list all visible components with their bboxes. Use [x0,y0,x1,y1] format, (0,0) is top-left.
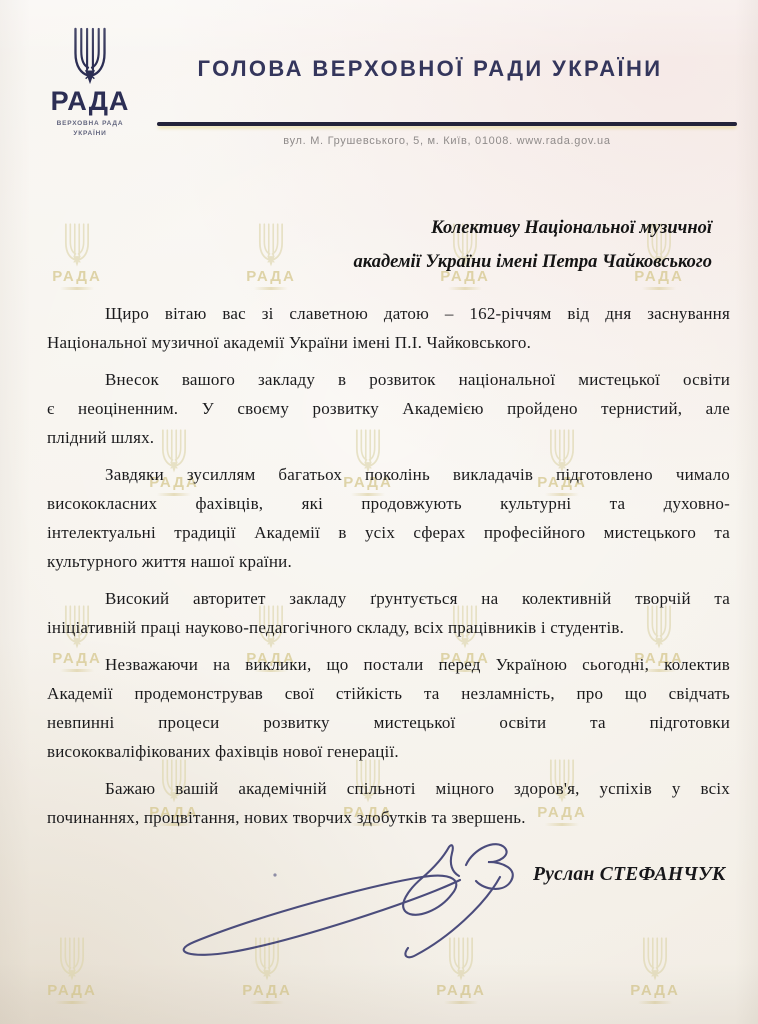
watermark: РАДА [32,222,122,290]
trident-watermark-icon [444,936,478,982]
watermark-subline [254,287,288,290]
body-line: Академії продемонстрував свої стійкість … [47,679,730,708]
body-line: культурного життя нашої країни. [47,547,730,576]
body-line: висококваліфікованих фахівців нової гене… [47,737,730,766]
letter-page: РАДА РАДА РАДА РАДА РАДА РАДА [0,0,758,1024]
paragraph: Завдяки зусиллям багатьох поколінь викла… [47,460,730,576]
body-line: висококласних фахівців, які продовжують … [47,489,730,518]
logo-wordmark: РАДА [44,87,136,115]
body-line: невпинні процеси розвитку мистецької осв… [47,708,730,737]
body-line: плідний шлях. [47,423,730,452]
watermark-label: РАДА [630,983,680,998]
body-line: Завдяки зусиллям багатьох поколінь викла… [47,460,730,489]
paragraph: Високий авторитет закладу ґрунтується на… [47,584,730,642]
signer-name: Руслан СТЕФАНЧУК [533,864,726,886]
rada-logo: РАДА ВЕРХОВНА РАДА УКРАЇНИ [44,26,136,139]
body-line: починаннях, процвітання, нових творчих з… [47,803,730,832]
letterhead-address: вул. М. Грушевського, 5, м. Київ, 01008.… [157,135,737,147]
logo-subtitle-line1: ВЕРХОВНА РАДА [44,119,136,129]
addressee-line: Колективу Національної музичної [282,211,712,245]
body-line: Незважаючи на виклики, що постали перед … [47,650,730,679]
body-line: ініціативній праці науково-педагогічного… [47,613,730,642]
logo-subtitle: ВЕРХОВНА РАДА УКРАЇНИ [44,119,136,139]
body-line: Бажаю вашій академічній спільноті міцног… [47,774,730,803]
watermark: РАДА [610,936,700,1004]
paragraph: Бажаю вашій академічній спільноті міцног… [47,774,730,832]
trident-watermark-icon [60,222,94,268]
paragraph: Незважаючи на виклики, що постали перед … [47,650,730,766]
watermark-subline [638,1001,672,1004]
watermark-subline [642,287,676,290]
body-line: Щиро вітаю вас зі славетною датою – 162-… [47,299,730,328]
letter-body: Щиро вітаю вас зі славетною датою – 162-… [47,299,730,840]
addressee-line: академії України імені Петра Чайковськог… [282,245,712,279]
letterhead-title: ГОЛОВА ВЕРХОВНОЇ РАДИ УКРАЇНИ [150,56,710,82]
body-line: інтелектуальні традиції Академії в усіх … [47,518,730,547]
addressee-block: Колективу Національної музичної академії… [282,211,712,279]
watermark-subline [448,287,482,290]
trident-watermark-icon [638,936,672,982]
paragraph: Внесок вашого закладу в розвиток націона… [47,365,730,452]
trident-watermark-icon [250,936,284,982]
watermark-subline [60,287,94,290]
paragraph: Щиро вітаю вас зі славетною датою – 162-… [47,299,730,357]
watermark-subline [250,1001,284,1004]
logo-subtitle-line2: УКРАЇНИ [44,129,136,139]
body-line: є неоціненним. У своєму розвитку Академі… [47,394,730,423]
watermark: РАДА [416,936,506,1004]
body-line: Національної музичної академії України і… [47,328,730,357]
watermark-subline [55,1001,89,1004]
trident-icon [67,26,113,86]
watermark: РАДА [27,936,117,1004]
watermark-subline [444,1001,478,1004]
watermark-label: РАДА [52,269,102,284]
watermark-label: РАДА [47,983,97,998]
trident-watermark-icon [55,936,89,982]
watermark: РАДА [222,936,312,1004]
letterhead-rule [157,122,737,126]
body-line: Високий авторитет закладу ґрунтується на… [47,584,730,613]
watermark-label: РАДА [436,983,486,998]
watermark-label: РАДА [242,983,292,998]
body-line: Внесок вашого закладу в розвиток націона… [47,365,730,394]
